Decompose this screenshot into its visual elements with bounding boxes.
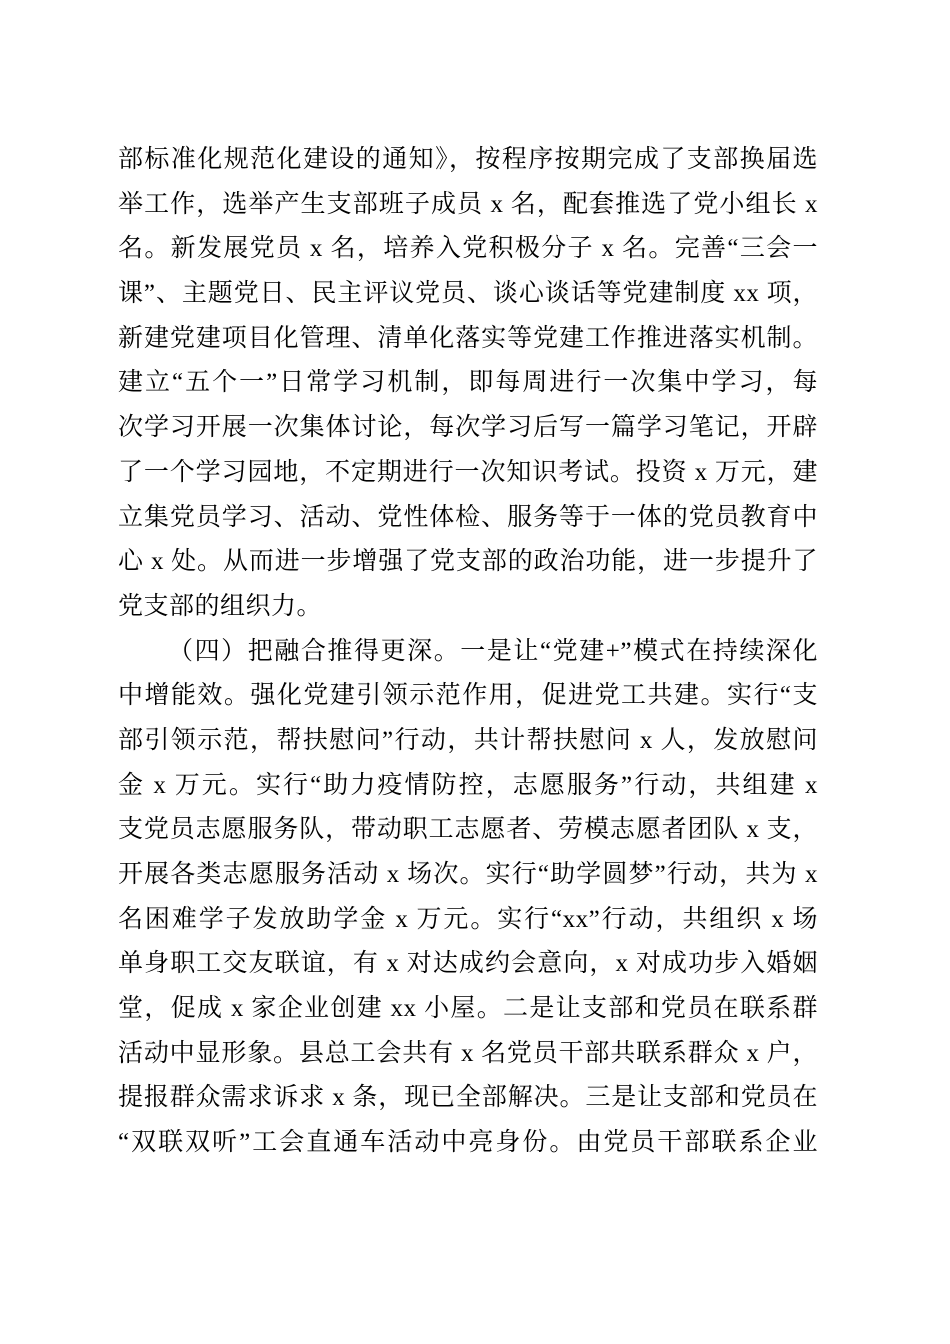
document-page: 部标准化规范化建设的通知》，按程序按期完成了支部换届选 举工作，选举产生支部班子… (0, 0, 950, 1344)
text-line: 举工作，选举产生支部班子成员 x 名，配套推选了党小组长 x (118, 183, 818, 228)
text-line: 支党员志愿服务队，带动职工志愿者、劳模志愿者团队 x 支， (118, 808, 818, 853)
text-line: “双联双听”工会直通车活动中亮身份。由党员干部联系企业 (118, 1121, 818, 1166)
text-line: 名困难学子发放助学金 x 万元。实行“xx”行动，共组织 x 场 (118, 898, 818, 943)
text-line: 心 x 处。从而进一步增强了党支部的政治功能，进一步提升了 (118, 540, 818, 585)
text-line: 中增能效。强化党建引领示范作用，促进党工共建。实行“支 (118, 674, 818, 719)
text-line: 立集党员学习、活动、党性体检、服务等于一体的党员教育中 (118, 496, 818, 541)
text-line: 堂，促成 x 家企业创建 xx 小屋。二是让支部和党员在联系群众 (118, 987, 818, 1032)
text-line: 建立“五个一”日常学习机制，即每周进行一次集中学习，每 (118, 361, 818, 406)
text-line: 开展各类志愿服务活动 x 场次。实行“助学圆梦”行动，共为 x (118, 853, 818, 898)
text-line: 活动中显形象。县总工会共有 x 名党员干部共联系群众 x 户， (118, 1032, 818, 1077)
text-line: 提报群众需求诉求 x 条，现已全部解决。三是让支部和党员在 (118, 1076, 818, 1121)
text-block: 部标准化规范化建设的通知》，按程序按期完成了支部换届选 举工作，选举产生支部班子… (118, 138, 818, 1166)
text-line: 次学习开展一次集体讨论，每次学习后写一篇学习笔记，开辟 (118, 406, 818, 451)
text-line: 新建党建项目化管理、清单化落实等党建工作推进落实机制。 (118, 317, 818, 362)
text-line: 名。新发展党员 x 名，培养入党积极分子 x 名。完善“三会一 (118, 227, 818, 272)
text-line-paragraph-end: 党支部的组织力。 (118, 585, 818, 630)
text-line-section-start: （四）把融合推得更深。一是让“党建+”模式在持续深化 (118, 630, 818, 675)
text-line: 部标准化规范化建设的通知》，按程序按期完成了支部换届选 (118, 138, 818, 183)
text-line: 金 x 万元。实行“助力疫情防控，志愿服务”行动，共组建 x (118, 764, 818, 809)
text-line: 了一个学习园地，不定期进行一次知识考试。投资 x 万元，建 (118, 451, 818, 496)
text-line: 单身职工交友联谊，有 x 对达成约会意向，x 对成功步入婚姻殿 (118, 942, 818, 987)
text-line: 部引领示范，帮扶慰问”行动，共计帮扶慰问 x 人，发放慰问 (118, 719, 818, 764)
text-line: 课”、主题党日、民主评议党员、谈心谈话等党建制度 xx 项， (118, 272, 818, 317)
